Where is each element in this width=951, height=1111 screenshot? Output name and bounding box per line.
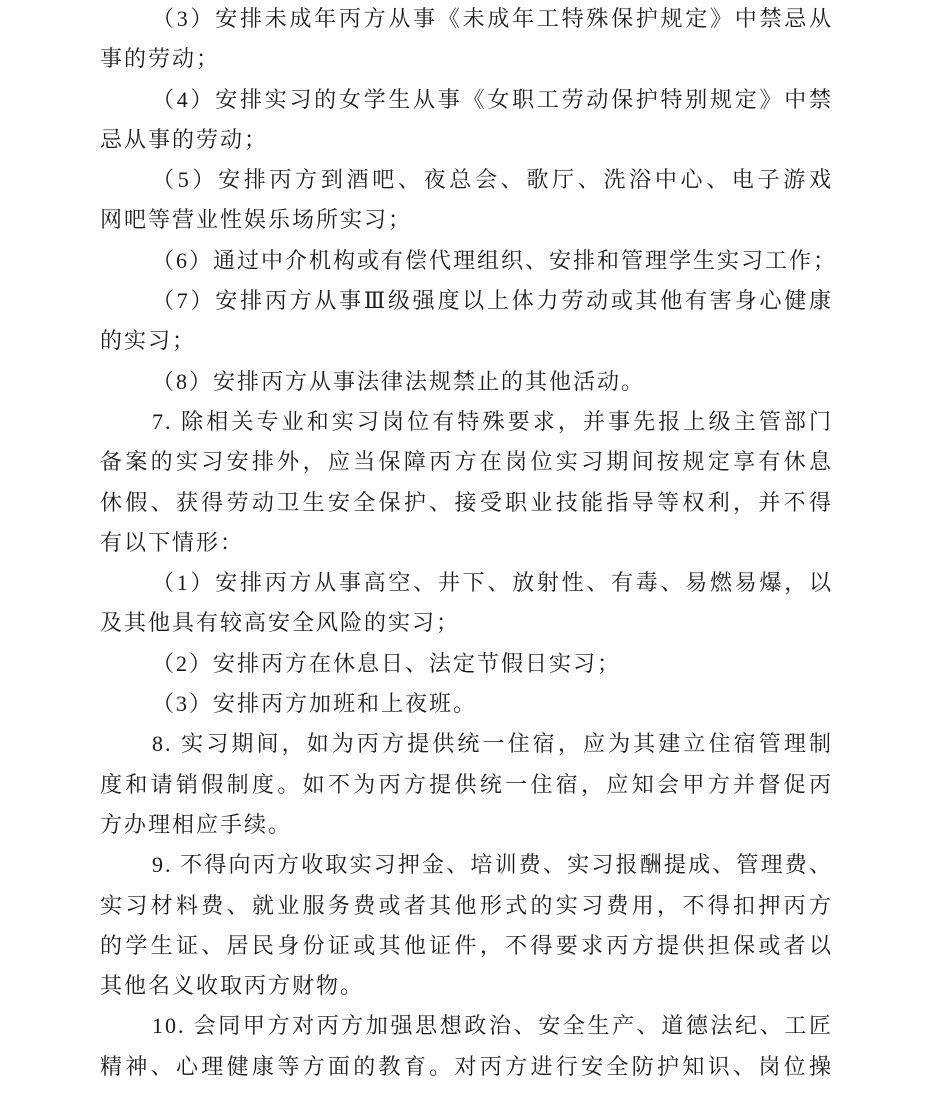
text-line: 网吧等营业性娱乐场所实习； — [100, 200, 833, 240]
contract-text-block: （3）安排未成年丙方从事《未成年工特殊保护规定》中禁忌从事的劳动；（4）安排实习… — [100, 0, 833, 1087]
text-line: 事的劳动； — [100, 39, 833, 79]
text-line: 休假、获得劳动卫生安全保护、接受职业技能指导等权利，并不得 — [100, 483, 833, 523]
text-line: 7. 除相关专业和实习岗位有特殊要求，并事先报上级主管部门 — [100, 402, 833, 442]
document-page: （3）安排未成年丙方从事《未成年工特殊保护规定》中禁忌从事的劳动；（4）安排实习… — [0, 0, 951, 1111]
text-line: （6）通过中介机构或有偿代理组织、安排和管理学生实习工作； — [100, 241, 833, 281]
text-line: 的实习； — [100, 321, 833, 361]
text-line: （5）安排丙方到酒吧、夜总会、歌厅、洗浴中心、电子游戏厅、 — [100, 160, 833, 200]
text-line: （8）安排丙方从事法律法规禁止的其他活动。 — [100, 362, 833, 402]
text-line: （1）安排丙方从事高空、井下、放射性、有毒、易燃易爆，以 — [100, 563, 833, 603]
text-line: 备案的实习安排外，应当保障丙方在岗位实习期间按规定享有休息 — [100, 442, 833, 482]
text-line: 其他名义收取丙方财物。 — [100, 966, 833, 1006]
text-line: （2）安排丙方在休息日、法定节假日实习； — [100, 644, 833, 684]
text-line: （4）安排实习的女学生从事《女职工劳动保护特别规定》中禁 — [100, 80, 833, 120]
text-line: 有以下情形： — [100, 523, 833, 563]
text-line: 及其他具有较高安全风险的实习； — [100, 603, 833, 643]
text-line: 8. 实习期间，如为丙方提供统一住宿，应为其建立住宿管理制 — [100, 724, 833, 764]
text-line: （3）安排未成年丙方从事《未成年工特殊保护规定》中禁忌从 — [100, 0, 833, 39]
text-line: 精神、心理健康等方面的教育。对丙方进行安全防护知识、岗位操 — [100, 1047, 833, 1087]
text-line: （3）安排丙方加班和上夜班。 — [100, 684, 833, 724]
text-line: （7）安排丙方从事Ⅲ级强度以上体力劳动或其他有害身心健康 — [100, 281, 833, 321]
text-line: 度和请销假制度。如不为丙方提供统一住宿，应知会甲方并督促丙 — [100, 765, 833, 805]
text-line: 忌从事的劳动； — [100, 120, 833, 160]
text-line: 方办理相应手续。 — [100, 805, 833, 845]
text-line: 9. 不得向丙方收取实习押金、培训费、实习报酬提成、管理费、 — [100, 845, 833, 885]
text-line: 实习材料费、就业服务费或者其他形式的实习费用，不得扣押丙方 — [100, 886, 833, 926]
text-line: 10. 会同甲方对丙方加强思想政治、安全生产、道德法纪、工匠 — [100, 1006, 833, 1046]
text-line: 的学生证、居民身份证或其他证件，不得要求丙方提供担保或者以 — [100, 926, 833, 966]
